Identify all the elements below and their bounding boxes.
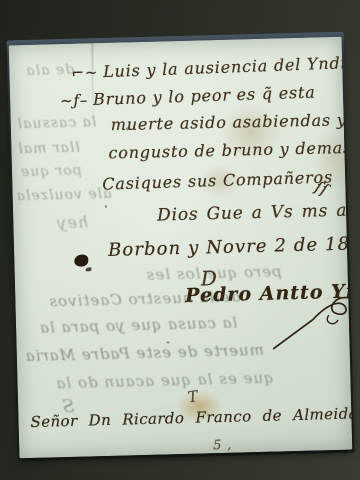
letter-line-3: muerte asido asabiendas y: [111, 110, 347, 134]
margin-flourish-2: ~ƒ–: [60, 91, 89, 110]
bleedthrough-line: muerte de este Padre Maria: [25, 341, 264, 365]
ink-blot: [74, 254, 88, 266]
letter-line-2: ~ƒ–Bruno y lo peor es q̃ esta: [60, 83, 316, 110]
margin-flourish-1: ⌐~: [71, 63, 98, 82]
letter-line-4: congusto de bruno y demas: [108, 138, 352, 163]
bleedthrough-line: ale voulzela: [15, 186, 111, 205]
ink-speckle: [105, 205, 107, 208]
address-line: Señor Dn Ricardo Franco de Almeida Zerra: [30, 403, 352, 431]
letter-line-2-text: Bruno y lo peor es q̃ esta: [93, 83, 316, 109]
t-mark: T: [186, 387, 200, 407]
manuscript-photo: de ala la cassual llar mal por que ale v…: [0, 0, 360, 480]
closing-line: Dios Gue a Vs ms as: [157, 200, 352, 225]
letter-line-1: ⌐~Luis y la ausiencia del Yndio: [71, 53, 352, 82]
signature-rubric-flourish: [268, 292, 352, 352]
bottom-mark: 5 ,: [213, 438, 232, 453]
bleedthrough-line: la cassual: [17, 114, 97, 132]
dateline: Borbon y Novre 2 de 1802: [108, 233, 353, 261]
bleedthrough-line: la causa que yo para la: [39, 314, 238, 337]
bleedthrough-line: hey: [56, 212, 88, 232]
bleedthrough-line: llar mal: [17, 140, 80, 158]
letter-paper: de ala la cassual llar mal por que ale v…: [9, 37, 353, 459]
paper-crease: [91, 43, 94, 121]
bleedthrough-line: por que: [20, 163, 82, 181]
letter-line-1-text: Luis y la ausiencia del Yndio: [103, 53, 353, 81]
bleedthrough-line: de ala: [25, 62, 74, 79]
bleedthrough-line: que es la que acaun do la: [55, 369, 274, 393]
letter-line-5: Casiques sus Compañeros: [102, 167, 333, 193]
